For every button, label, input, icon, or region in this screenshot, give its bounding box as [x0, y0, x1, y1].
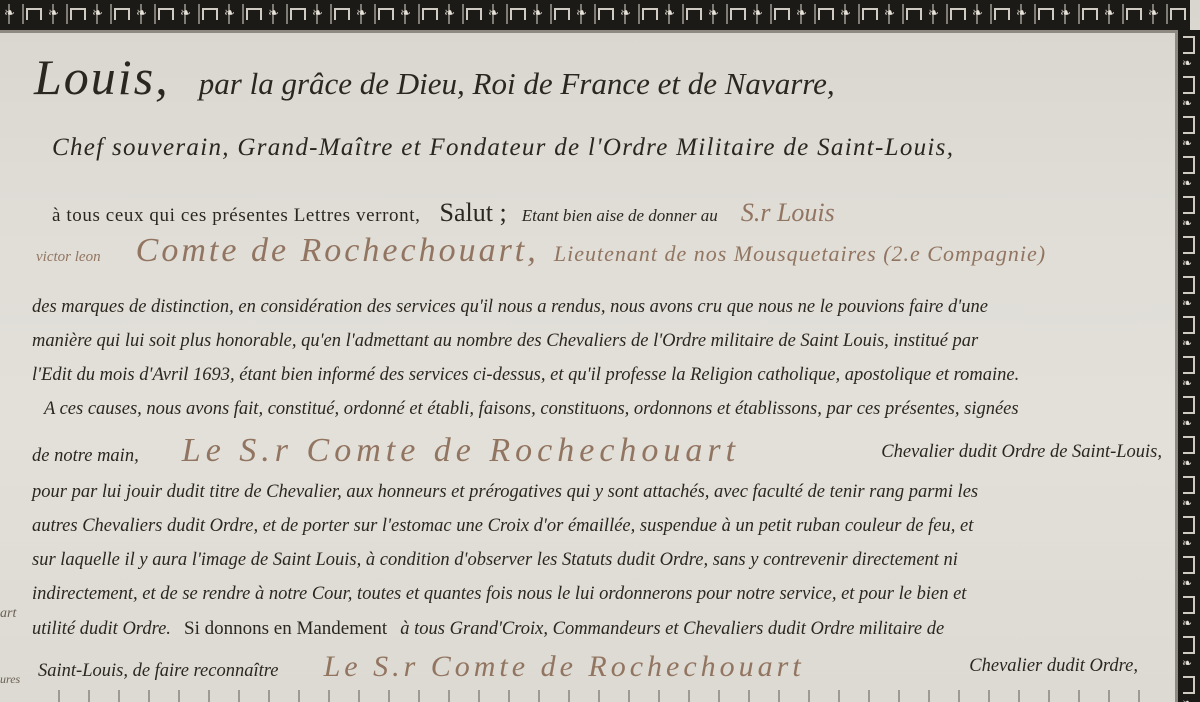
fleur-ornament-icon: ❧: [48, 6, 59, 22]
greek-key-ornament: [950, 8, 966, 20]
greek-key-ornament: [1183, 396, 1195, 414]
fleur-ornament-icon: ❧: [1060, 6, 1071, 22]
fleur-ornament-icon: ❧: [752, 6, 763, 22]
fleur-ornament-icon: ❧: [1182, 56, 1192, 70]
handwritten-title: S.r Louis: [741, 198, 835, 227]
greek-key-ornament: [1183, 356, 1195, 374]
cut-off-text-line: [40, 690, 1160, 702]
fleur-ornament-icon: ❧: [1182, 296, 1192, 310]
fleur-ornament-icon: ❧: [136, 6, 147, 22]
king-name: Louis,: [34, 49, 170, 105]
fleur-ornament-icon: ❧: [620, 6, 631, 22]
mandement-line: utilité dudit Ordre. Si donnons en Mande…: [32, 618, 944, 640]
fleur-ornament-icon: ❧: [1182, 136, 1192, 150]
fleur-ornament-icon: ❧: [1182, 456, 1192, 470]
greek-key-ornament: [1126, 8, 1142, 20]
fleur-ornament-icon: ❧: [400, 6, 411, 22]
greek-key-ornament: [510, 8, 526, 20]
fleur-ornament-icon: ❧: [1104, 6, 1115, 22]
fleur-ornament-icon: ❧: [1182, 96, 1192, 110]
printed-after: Chevalier dudit Ordre,: [969, 656, 1138, 677]
fleur-ornament-icon: ❧: [1182, 216, 1192, 230]
ornamental-border-right: ❧❧❧❧❧❧❧❧❧❧❧❧❧❧❧❧❧: [1175, 30, 1200, 702]
greek-key-ornament: [422, 8, 438, 20]
fleur-ornament-icon: ❧: [1182, 336, 1192, 350]
ornamental-border-top: ❧❧❧❧❧❧❧❧❧❧❧❧❧❧❧❧❧❧❧❧❧❧❧❧❧❧❧: [0, 0, 1190, 33]
fleur-ornament-icon: ❧: [1182, 536, 1192, 550]
recipient-rank: Lieutenant de nos Mousquetaires (2.e Com…: [554, 241, 1046, 266]
printed-before: Saint-Louis, de faire reconnaître: [38, 661, 278, 681]
fleur-ornament-icon: ❧: [928, 6, 939, 22]
fleur-ornament-icon: ❧: [1148, 6, 1159, 22]
fleur-ornament-icon: ❧: [1182, 616, 1192, 630]
fleur-ornament-icon: ❧: [488, 6, 499, 22]
header-line-1: Louis, par la grâce de Dieu, Roi de Fran…: [34, 48, 835, 106]
fleur-ornament-icon: ❧: [180, 6, 191, 22]
fleur-ornament-icon: ❧: [1182, 576, 1192, 590]
signature-line-2: Saint-Louis, de faire reconnaître Le S.r…: [38, 650, 1138, 684]
header-line-3: à tous ceux qui ces présentes Lettres ve…: [52, 198, 835, 228]
greek-key-pattern: [0, 4, 1190, 24]
greek-key-ornament: [1183, 556, 1195, 574]
recipient-prefix: victor leon: [36, 249, 101, 265]
body-line: autres Chevaliers dudit Ordre, et de por…: [32, 516, 973, 537]
greek-key-ornament: [466, 8, 482, 20]
fleur-ornament-icon: ❧: [1182, 696, 1192, 702]
greek-key-ornament: [290, 8, 306, 20]
greek-key-ornament: [994, 8, 1010, 20]
greek-key-ornament: [1183, 516, 1195, 534]
greek-key-ornament: [246, 8, 262, 20]
greek-key-ornament: [1183, 316, 1195, 334]
greek-key-ornament: [1183, 196, 1195, 214]
fleur-ornament-icon: ❧: [268, 6, 279, 22]
greek-key-ornament: [114, 8, 130, 20]
greek-key-ornament: [1183, 636, 1195, 654]
fleur-ornament-icon: ❧: [532, 6, 543, 22]
fleur-ornament-icon: ❧: [1182, 376, 1192, 390]
fleur-ornament-icon: ❧: [796, 6, 807, 22]
recipient-name: Comte de Rochechouart,: [136, 232, 539, 269]
margin-note: art: [0, 606, 16, 622]
greek-key-ornament: [686, 8, 702, 20]
body-line: sur laquelle il y aura l'image de Saint …: [32, 550, 958, 571]
greek-key-ornament: [202, 8, 218, 20]
body-line: indirectement, et de se rendre à notre C…: [32, 584, 966, 605]
fleur-ornament-icon: ❧: [1182, 496, 1192, 510]
salutation-printed: à tous ceux qui ces présentes Lettres ve…: [52, 205, 420, 226]
fleur-ornament-icon: ❧: [92, 6, 103, 22]
printed-before: de notre main,: [32, 446, 139, 466]
margin-note: ures: [0, 672, 20, 687]
greek-key-ornament: [70, 8, 86, 20]
fleur-ornament-icon: ❧: [576, 6, 587, 22]
greek-key-ornament: [26, 8, 42, 20]
fleur-ornament-icon: ❧: [708, 6, 719, 22]
greek-key-ornament: [774, 8, 790, 20]
body-line: A ces causes, nous avons fait, constitué…: [44, 399, 1019, 420]
fleur-ornament-icon: ❧: [884, 6, 895, 22]
formal-mandement: Si donnons en Mandement: [184, 618, 387, 639]
greek-key-ornament: [818, 8, 834, 20]
greek-key-ornament: [334, 8, 350, 20]
fleur-ornament-icon: ❧: [972, 6, 983, 22]
greek-key-ornament: [1183, 276, 1195, 294]
salut-word: Salut ;: [440, 198, 507, 227]
recipient-line: victor leon Comte de Rochechouart, Lieut…: [36, 232, 1046, 270]
greek-key-ornament: [378, 8, 394, 20]
fleur-ornament-icon: ❧: [1182, 176, 1192, 190]
body-line: pour par lui jouir dudit titre de Cheval…: [32, 482, 978, 503]
greek-key-ornament: [1183, 36, 1195, 54]
signature-line-1: de notre main, Le S.r Comte de Rochechou…: [32, 432, 1162, 470]
fleur-ornament-icon: ❧: [1182, 416, 1192, 430]
greek-key-ornament: [1183, 236, 1195, 254]
greek-key-ornament: [598, 8, 614, 20]
intro-italic: Etant bien aise de donner au: [522, 206, 718, 225]
greek-key-ornament: [642, 8, 658, 20]
fleur-ornament-icon: ❧: [664, 6, 675, 22]
royal-title: par la grâce de Dieu, Roi de France et d…: [199, 66, 835, 101]
body-line: manière qui lui soit plus honorable, qu'…: [32, 331, 978, 352]
printed-after: à tous Grand'Croix, Commandeurs et Cheva…: [400, 619, 944, 639]
greek-key-ornament: [906, 8, 922, 20]
greek-key-ornament: [1183, 156, 1195, 174]
greek-key-ornament: [1038, 8, 1054, 20]
greek-key-ornament: [1183, 676, 1195, 694]
greek-key-ornament: [1170, 8, 1186, 20]
printed-after: Chevalier dudit Ordre de Saint-Louis,: [881, 442, 1162, 463]
fleur-ornament-icon: ❧: [224, 6, 235, 22]
handwritten-name: Le S.r Comte de Rochechouart: [182, 432, 740, 469]
greek-key-ornament: [730, 8, 746, 20]
greek-key-ornament: [554, 8, 570, 20]
handwritten-name: Le S.r Comte de Rochechouart: [324, 650, 805, 683]
fleur-ornament-icon: ❧: [1016, 6, 1027, 22]
greek-key-ornament: [1183, 76, 1195, 94]
fleur-ornament-icon: ❧: [444, 6, 455, 22]
greek-key-ornament: [1183, 436, 1195, 454]
greek-key-ornament: [1183, 476, 1195, 494]
fleur-ornament-icon: ❧: [840, 6, 851, 22]
document-page: ❧❧❧❧❧❧❧❧❧❧❧❧❧❧❧❧❧❧❧❧❧❧❧❧❧❧❧ ❧❧❧❧❧❧❧❧❧❧❧❧…: [0, 0, 1200, 702]
fleur-ornament-icon: ❧: [4, 6, 15, 22]
greek-key-ornament: [158, 8, 174, 20]
fleur-ornament-icon: ❧: [1182, 256, 1192, 270]
greek-key-ornament: [1183, 596, 1195, 614]
fleur-ornament-icon: ❧: [312, 6, 323, 22]
fleur-ornament-icon: ❧: [1182, 656, 1192, 670]
fleur-ornament-icon: ❧: [356, 6, 367, 22]
greek-key-ornament: [862, 8, 878, 20]
greek-key-ornament: [1082, 8, 1098, 20]
printed-before: utilité dudit Ordre.: [32, 619, 171, 639]
header-line-2: Chef souverain, Grand-Maître et Fondateu…: [52, 134, 954, 162]
greek-key-ornament: [1183, 116, 1195, 134]
body-line: l'Edit du mois d'Avril 1693, étant bien …: [32, 365, 1019, 386]
body-line: des marques de distinction, en considéra…: [32, 297, 988, 318]
